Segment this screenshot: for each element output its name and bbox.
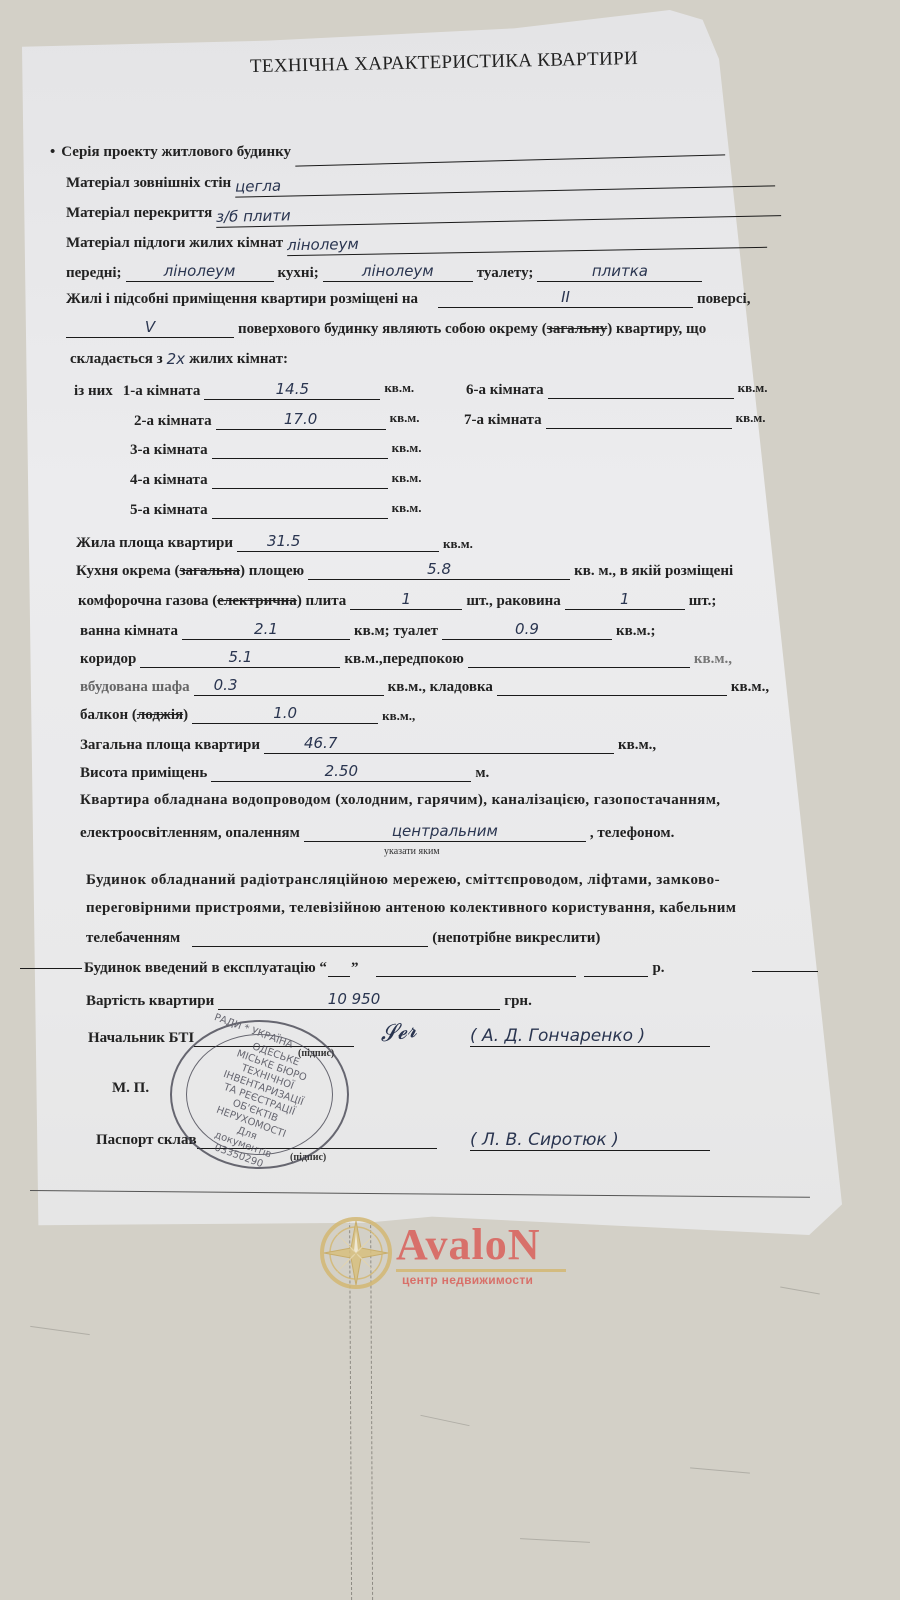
head-signature: 𝓢𝓮𝓻	[378, 1018, 418, 1048]
floor-number-field: II	[438, 288, 693, 308]
room-row-3: 3-а кімната кв.м.	[130, 440, 421, 459]
closet-row: вбудована шафа 0.3 кв.м., кладовка кв.м.…	[80, 676, 769, 696]
storage-area-field	[497, 677, 727, 696]
heating-hint: указати яким	[384, 846, 440, 857]
bathroom-row: ванна кімната 2.1 кв.м; туалет 0.9 кв.м.…	[80, 620, 655, 640]
stove-row: комфорочна газова (електрична) плита 1 ш…	[78, 590, 716, 610]
hall-area-field	[468, 649, 690, 668]
room-row-2: 2-а кімната 17.0 кв.м.	[134, 410, 419, 430]
brand-name: AvaloN	[396, 1219, 541, 1270]
rooms-count: 2х	[167, 350, 185, 368]
floor-other-row: передні; лінолеум кухні; лінолеум туалет…	[66, 262, 706, 282]
room-row-5: 5-а кімната кв.м.	[130, 500, 421, 519]
commissioned-day-field	[328, 958, 350, 977]
stove-count-field: 1	[350, 590, 462, 610]
commissioned-month-field	[376, 958, 576, 977]
floor-living-row: Матеріал підлоги жилих кімнат лінолеум	[66, 232, 771, 252]
balcony-row: балкон (лоджія) 1.0 кв.м.,	[80, 704, 415, 724]
slab-material-row: Матеріал перекриття з/б плити	[66, 202, 785, 222]
building-floors-field: V	[66, 318, 234, 338]
closet-area-field: 0.3	[194, 676, 384, 696]
room-row-1: із них 1-а кімната 14.5 кв.м.	[74, 380, 414, 400]
technical-passport: ТЕХНІЧНА ХАРАКТЕРИСТИКА КВАРТИРИ • Серія…	[0, 0, 900, 1240]
background-texture	[30, 1326, 90, 1335]
slab-material-field: з/б плити	[216, 196, 781, 228]
floor-toilet-field: плитка	[537, 262, 702, 282]
series-row: • Серія проекту житлового будинку	[50, 142, 729, 161]
commissioned-row: Будинок введений в експлуатацію “ ” р.	[84, 958, 665, 977]
price-field: 10 950	[218, 990, 500, 1010]
utilities-line-1: Квартира обладнана водопроводом (холодни…	[80, 792, 720, 809]
wall-material-row: Матеріал зовнішніх стін цегла	[66, 172, 779, 192]
toilet-area-field: 0.9	[442, 620, 612, 640]
cable-tv-field	[192, 928, 428, 947]
total-area-row: Загальна площа квартири 46.7 кв.м.,	[80, 734, 656, 754]
sink-count-field: 1	[565, 590, 685, 610]
corridor-row: коридор 5.1 кв.м.,передпокою кв.м.,	[80, 648, 732, 668]
total-area-field: 46.7	[264, 734, 614, 754]
utilities-line-2: електроосвітленням, опаленням центральни…	[80, 822, 674, 842]
building-line-2: переговірними пристроями, телевізійною а…	[86, 900, 736, 917]
background-texture	[520, 1538, 590, 1543]
head-name: ( А. Д. Гончаренко )	[470, 1026, 710, 1047]
height-row: Висота приміщень 2.50 м.	[80, 762, 489, 782]
passport-name: ( Л. В. Сиротюк )	[470, 1130, 710, 1151]
background-texture	[780, 1287, 820, 1295]
floor-kitchen-field: лінолеум	[323, 262, 473, 282]
bathroom-area-field: 2.1	[182, 620, 350, 640]
room-row-7: 7-а кімната кв.м.	[464, 410, 765, 429]
location-row-2: V поверхового будинку являють собою окре…	[66, 318, 706, 338]
floor-living-field: лінолеум	[287, 228, 767, 256]
kitchen-area-field: 5.8	[308, 560, 570, 580]
floor-hall-field: лінолеум	[126, 262, 274, 282]
living-area-field: 31.5	[237, 532, 439, 552]
document-title: ТЕХНІЧНА ХАРАКТЕРИСТИКА КВАРТИРИ	[250, 48, 638, 78]
balcony-area-field: 1.0	[192, 704, 378, 724]
brand-tagline: центр недвижимости	[402, 1273, 533, 1287]
corridor-area-field: 5.1	[140, 648, 340, 668]
height-field: 2.50	[211, 762, 471, 782]
living-area-row: Жила площа квартири 31.5 кв.м.	[76, 532, 473, 552]
wall-material-field: цегла	[235, 166, 775, 197]
avalon-watermark: AvaloN центр недвижимости	[318, 1215, 568, 1295]
kitchen-row: Кухня окрема (загальна) площею 5.8 кв. м…	[76, 560, 733, 580]
seal-row: М. П.	[112, 1080, 149, 1097]
background-texture	[690, 1467, 750, 1473]
heating-field: центральним	[304, 822, 586, 842]
room-row-4: 4-а кімната кв.м.	[130, 470, 421, 489]
location-row-3: складається з 2х жилих кімнат:	[70, 350, 288, 368]
background-texture	[420, 1415, 469, 1426]
compass-rose-icon	[318, 1215, 394, 1291]
series-field	[295, 136, 725, 166]
location-row-1: Жилі і підсобні приміщення квартири розм…	[66, 288, 750, 308]
official-stamp: РАДИ * УКРАЇНА ОДЕСЬКЕ МІСЬКЕ БЮРО ТЕХНІ…	[170, 1020, 349, 1169]
building-line-3: телебаченням (непотрібне викреслити)	[86, 928, 600, 947]
building-line-1: Будинок обладнаний радіотрансляційною ме…	[86, 872, 720, 889]
commissioned-year-field	[584, 958, 648, 977]
room-row-6: 6-а кімната кв.м.	[466, 380, 767, 399]
price-row: Вартість квартири 10 950 грн.	[86, 990, 532, 1010]
